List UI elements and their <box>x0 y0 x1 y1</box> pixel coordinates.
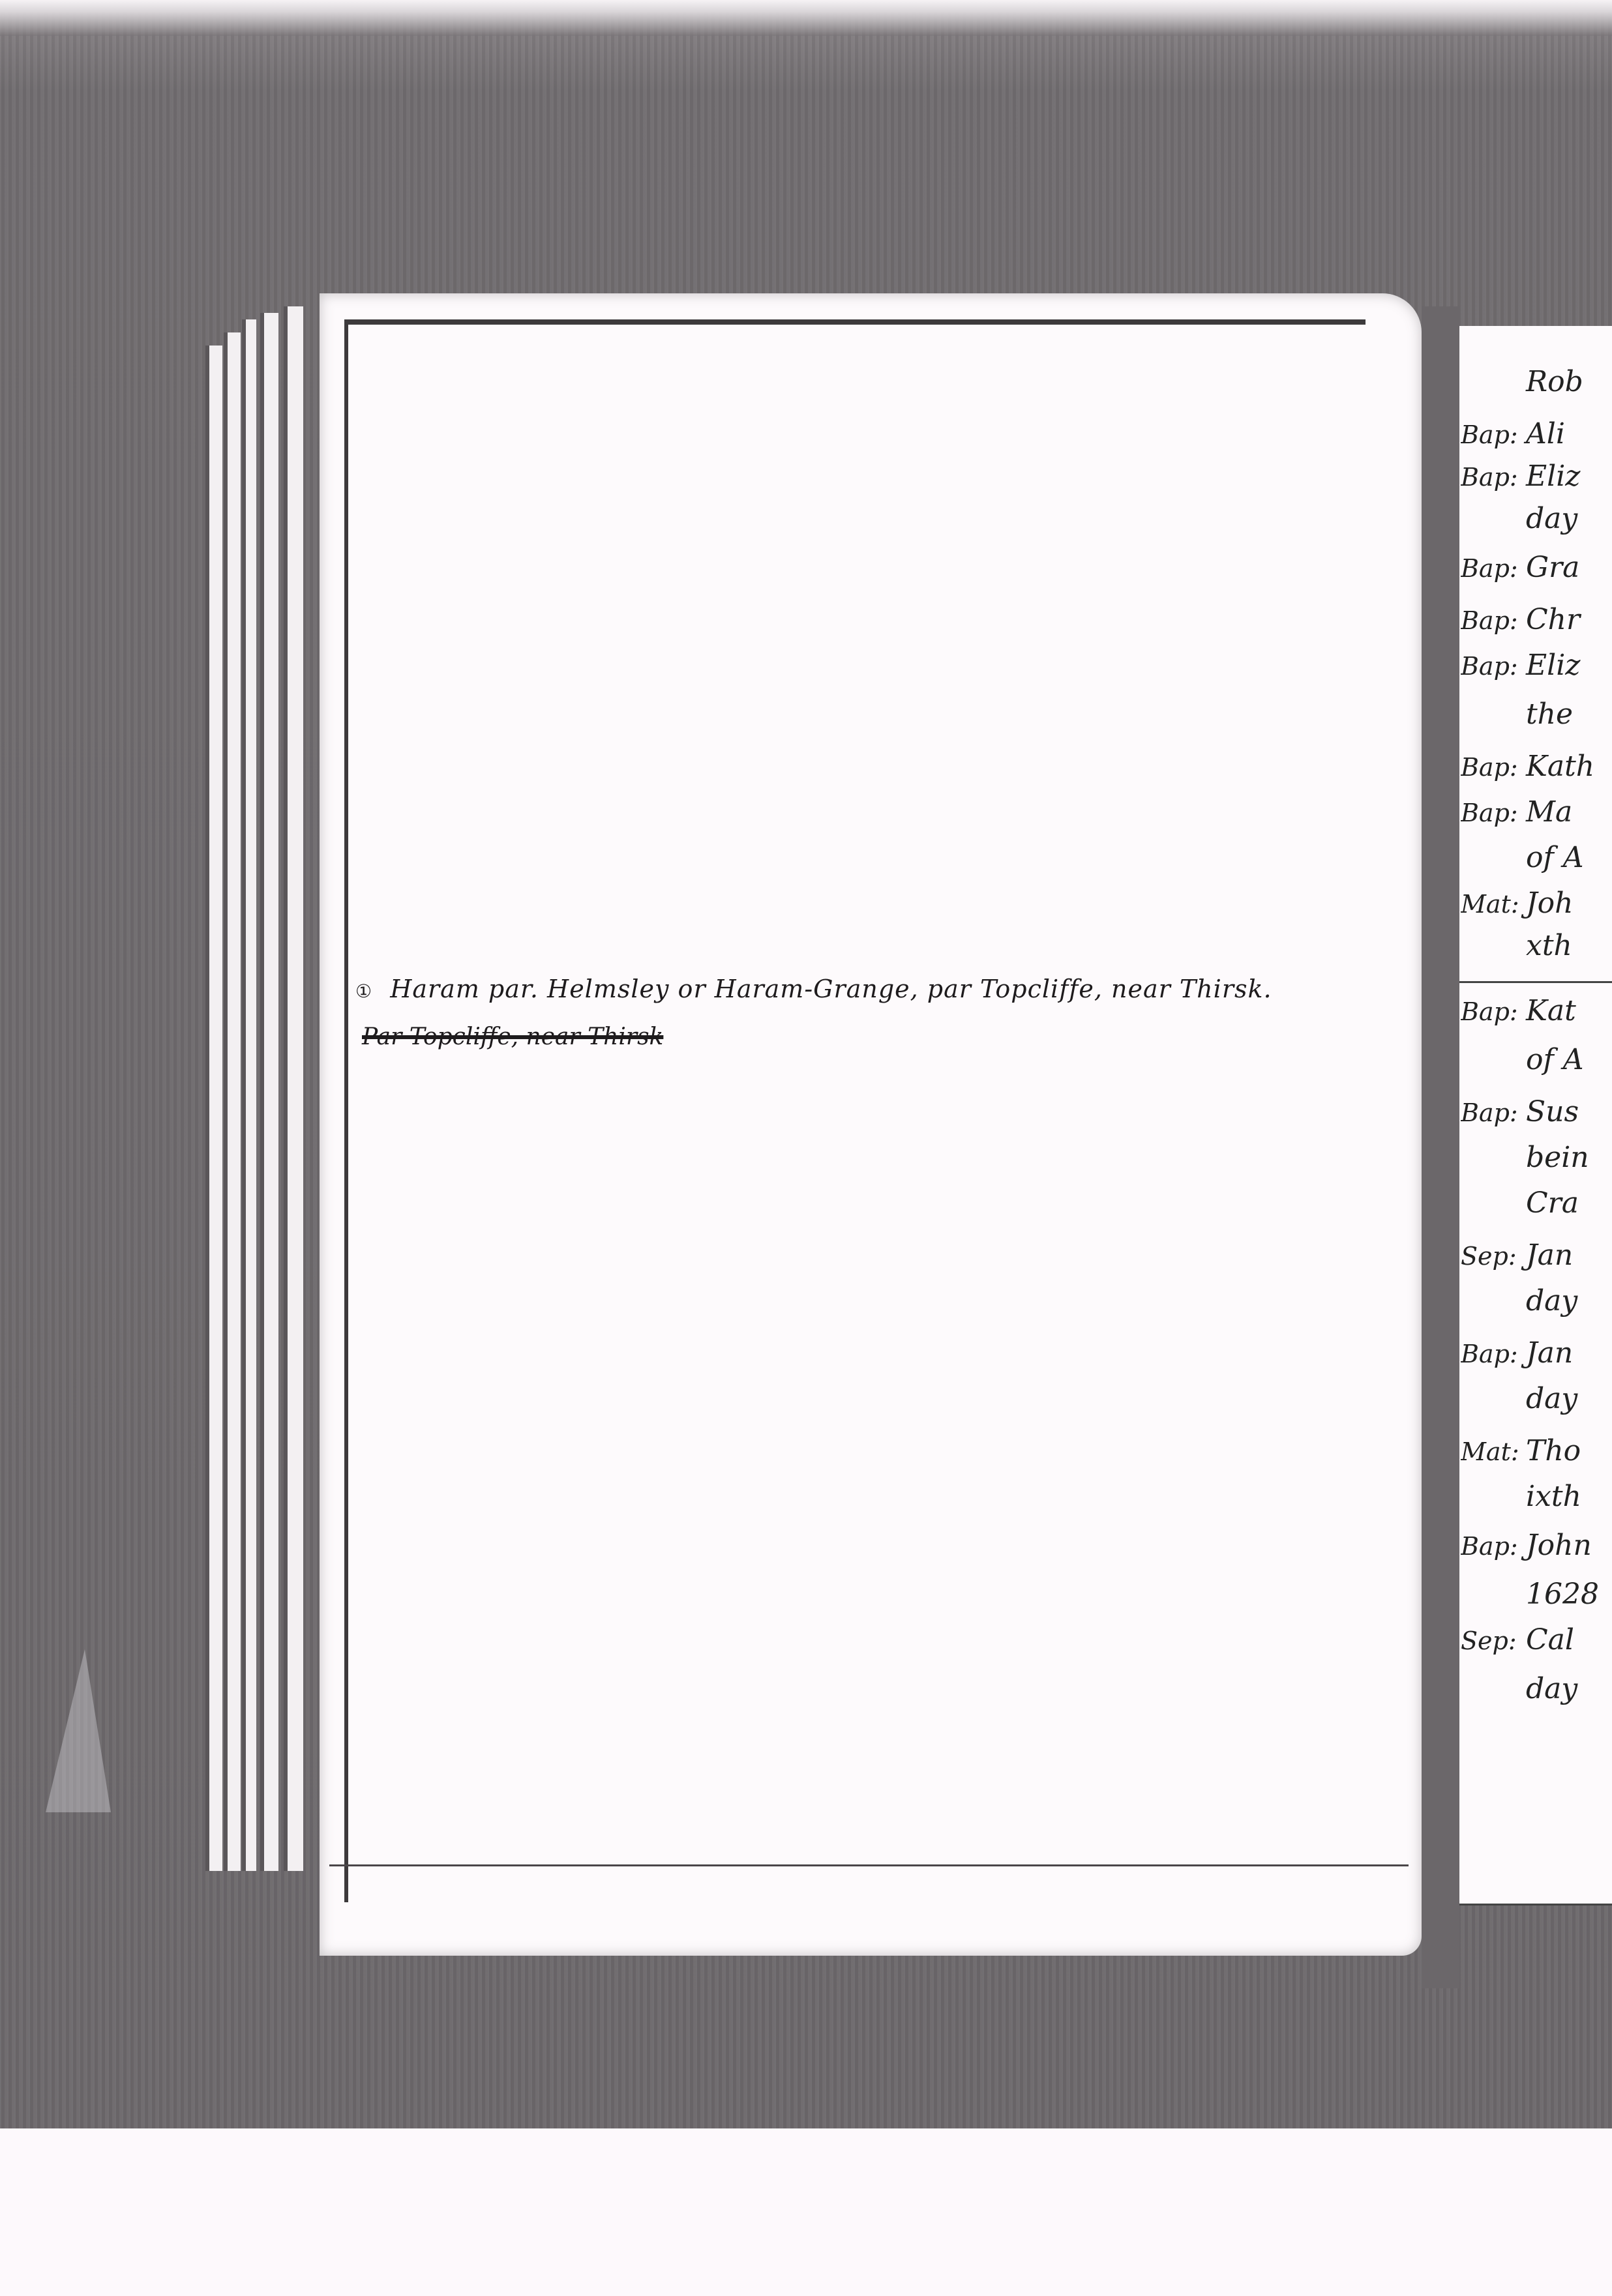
entry-type-label: Bap: <box>1461 1532 1526 1561</box>
facing-entry: of A <box>1461 841 1612 874</box>
footnote-marker: ① <box>355 980 372 1002</box>
entry-text: of A <box>1526 1043 1584 1076</box>
entry-type-label: Bap: <box>1461 606 1526 635</box>
book-page-edges <box>205 306 323 1871</box>
facing-entry: of A <box>1461 1043 1612 1076</box>
entry-text: day <box>1526 1672 1577 1705</box>
entry-type-label: Bap: <box>1461 652 1526 681</box>
facing-entry: Mat:Joh <box>1461 887 1612 920</box>
entry-type-label: Sep: <box>1461 1626 1526 1655</box>
entry-text: Chr <box>1526 603 1580 636</box>
facing-entry: ixth <box>1461 1480 1612 1513</box>
facing-entry: xth <box>1461 929 1612 962</box>
entry-text: Kath <box>1526 750 1594 783</box>
book-page <box>320 293 1422 1956</box>
entry-type-label: Bap: <box>1461 1340 1526 1368</box>
entry-text: Joh <box>1526 887 1573 920</box>
entry-text: xth <box>1526 929 1572 962</box>
page-margin-rule <box>344 319 1366 1902</box>
facing-entry: the <box>1461 698 1612 731</box>
entry-type-label: Sep: <box>1461 1242 1526 1271</box>
facing-entry: Bap:Ma <box>1461 795 1612 829</box>
facing-entry: Cra <box>1461 1186 1612 1220</box>
page-bottom-rule <box>329 1864 1409 1866</box>
facing-entry: Bap:Sus <box>1461 1095 1612 1128</box>
entry-text: Eliz <box>1526 649 1580 682</box>
facing-entry: day <box>1461 1284 1612 1317</box>
scan-bottom-margin <box>0 2128 1612 2296</box>
entry-text: day <box>1526 1382 1577 1415</box>
facing-page-divider <box>1459 981 1612 983</box>
facing-entry: 1628 <box>1461 1578 1612 1611</box>
entry-type-label: Bap: <box>1461 997 1526 1026</box>
entry-type-label: Bap: <box>1461 463 1526 492</box>
entry-type-label: Mat: <box>1461 1437 1526 1466</box>
facing-entry: Bap:Kath <box>1461 750 1612 783</box>
facing-entry: Bap:John <box>1461 1529 1612 1562</box>
facing-entry: Bap:Eliz <box>1461 460 1612 493</box>
facing-entry: Sep:Jan <box>1461 1239 1612 1272</box>
facing-entry: Bap:Chr <box>1461 603 1612 636</box>
entry-text: Cal <box>1526 1623 1574 1656</box>
facing-entry: Bap:Eliz <box>1461 649 1612 682</box>
entry-text: ixth <box>1526 1480 1581 1513</box>
struck-out-text: Par Topcliffe, near Thirsk <box>362 1023 663 1050</box>
entry-text: day <box>1526 502 1577 535</box>
entry-type-label: Bap: <box>1461 554 1526 583</box>
book-gutter-shadow <box>1422 306 1459 1988</box>
facing-entry: Rob <box>1461 365 1612 398</box>
entry-text: Kat <box>1526 994 1576 1027</box>
facing-entry: day <box>1461 1382 1612 1415</box>
entry-text: Tho <box>1526 1434 1581 1467</box>
entry-type-label: Bap: <box>1461 420 1526 449</box>
entry-type-label: Bap: <box>1461 1098 1526 1127</box>
entry-text: John <box>1526 1529 1592 1562</box>
facing-entry: Bap:Gra <box>1461 551 1612 584</box>
entry-text: the <box>1526 698 1573 731</box>
facing-page-bottom-rule <box>1459 1904 1612 1906</box>
entry-text: 1628 <box>1526 1578 1599 1611</box>
entry-type-label: Bap: <box>1461 753 1526 782</box>
entry-text: bein <box>1526 1141 1589 1174</box>
facing-entry: Bap:Kat <box>1461 994 1612 1027</box>
entry-text: Rob <box>1526 365 1583 398</box>
facing-entry: day <box>1461 1672 1612 1705</box>
entry-type-label: Bap: <box>1461 799 1526 827</box>
entry-text: Ali <box>1526 417 1565 450</box>
entry-text: of A <box>1526 841 1584 874</box>
facing-entry: Bap:Jan <box>1461 1336 1612 1370</box>
facing-entry: Sep:Cal <box>1461 1623 1612 1656</box>
entry-text: Sus <box>1526 1095 1579 1128</box>
entry-text: Eliz <box>1526 460 1580 493</box>
entry-text: Ma <box>1526 795 1572 829</box>
entry-text: Cra <box>1526 1186 1579 1220</box>
entry-text: Jan <box>1526 1239 1573 1272</box>
entry-text: Jan <box>1526 1336 1573 1370</box>
entry-text: Gra <box>1526 551 1579 584</box>
facing-entry: day <box>1461 502 1612 535</box>
facing-entry: bein <box>1461 1141 1612 1174</box>
scan-top-edge <box>0 0 1612 36</box>
torn-paper-mark <box>46 1649 111 1812</box>
entry-text: day <box>1526 1284 1577 1317</box>
facing-entry: Bap:Ali <box>1461 417 1612 450</box>
footnote-text: Haram par. Helmsley or Haram-Grange, par… <box>390 975 1272 1003</box>
footnote: ① Haram par. Helmsley or Haram-Grange, p… <box>355 975 1399 1003</box>
facing-entry: Mat:Tho <box>1461 1434 1612 1467</box>
entry-type-label: Mat: <box>1461 890 1526 919</box>
